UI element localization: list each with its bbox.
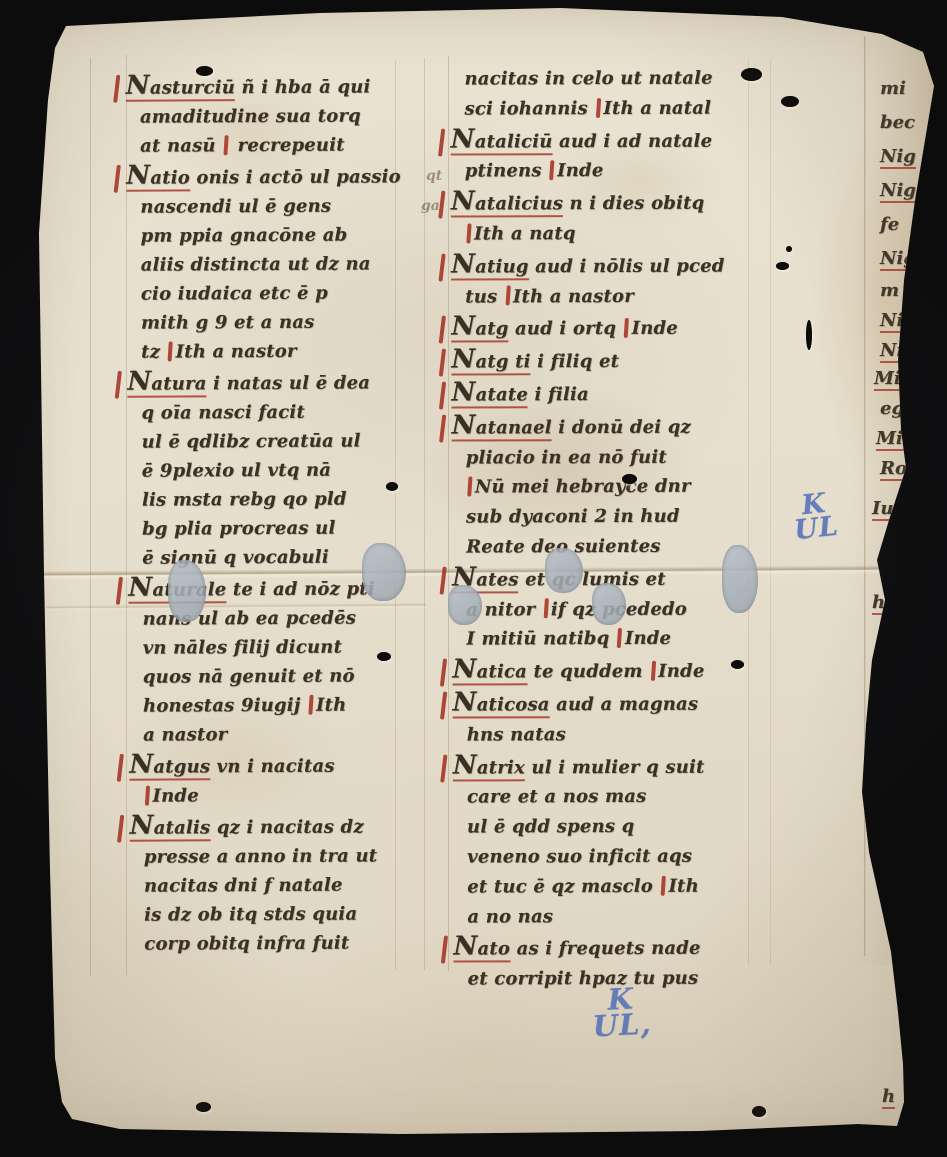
text-line: Inde: [129, 780, 409, 810]
text-line: Natg ti i filiq et: [451, 344, 771, 378]
edge-text-line: Nig: [880, 310, 916, 333]
entry-lemma: Natalicius: [451, 193, 563, 217]
wormhole: [806, 320, 812, 350]
text-line: tz Ith a nastor: [127, 336, 407, 366]
wormhole: [622, 474, 637, 484]
edge-text-line: mi: [880, 78, 906, 99]
entry-lemma: Natiug: [451, 256, 529, 280]
text-line: tus Ith a nastor: [451, 281, 771, 312]
text-line: Natgus vn i nacitas: [129, 748, 409, 781]
text-line: I mitiū natibq Inde: [452, 624, 772, 655]
text-line: Natalicius n i dies obitq: [451, 186, 771, 220]
text-line: lis msta rebg qo pld: [128, 484, 408, 514]
rubric-stroke: [549, 160, 554, 180]
text-line: Natate i filia: [451, 376, 771, 410]
text-line: a no nas: [453, 901, 773, 932]
edge-text-line: Ro: [880, 458, 907, 481]
text-line: nacitas dni f natale: [130, 870, 410, 900]
text-line: q oīa nasci facit: [127, 397, 407, 427]
wormhole: [386, 482, 398, 491]
entry-lemma: Natg ti: [451, 351, 530, 375]
edge-text-line: h: [874, 682, 887, 705]
margin-mark: qt: [426, 168, 442, 184]
wormhole: [741, 68, 762, 81]
entry-lemma: Nato: [453, 939, 510, 963]
wormhole: [196, 66, 213, 76]
text-line: Natica te quddem Inde: [452, 654, 772, 688]
text-line: is dz ob itq stds quia: [130, 899, 410, 929]
entry-lemma: Natrix: [453, 757, 525, 781]
text-line: veneno suo inficit aqs: [453, 841, 773, 872]
text-line: Natrix ul i mulier q suit: [453, 749, 773, 783]
edge-text-line: Iun: [872, 498, 907, 521]
ruling-line: [424, 58, 425, 970]
text-line: Natg aud i ortq Inde: [451, 311, 771, 345]
ruling-line: [90, 58, 91, 976]
wormhole: [752, 1106, 766, 1117]
text-column-right: nacitas in celo ut natalesci iohannis It…: [450, 63, 773, 994]
text-line: cio iudaica etc ē p: [127, 278, 407, 308]
rubric-stroke: [308, 695, 313, 715]
repair-patch: [592, 583, 626, 625]
edge-text-line: h: [872, 592, 885, 615]
text-line: Ith a natq: [451, 218, 771, 249]
rubric-stroke: [661, 875, 666, 895]
edge-text-line: h: [878, 838, 891, 861]
text-line: aliis distincta ut dz na: [127, 249, 407, 279]
text-line: ul ē qdd spens q: [453, 812, 773, 843]
text-line: bg plia procreas ul: [128, 513, 408, 543]
entry-lemma: Natgus: [129, 756, 210, 780]
entry-lemma: Natate: [451, 384, 528, 408]
text-line: ptinens Inde: [451, 156, 771, 187]
rubric-stroke: [650, 661, 655, 681]
text-line: Natio onis i actō ul passio: [126, 159, 406, 192]
text-line: sub dyaconi 2 in hud: [452, 502, 772, 533]
text-line: sci iohannis Ith a natal: [450, 93, 770, 124]
text-line: Natanael i donū dei qz: [452, 409, 772, 443]
rubric-stroke: [168, 341, 173, 361]
edge-text-line: bec: [880, 112, 915, 133]
edge-text-line: Mil: [876, 428, 910, 451]
wormhole: [377, 652, 391, 661]
entry-lemma: Natalis: [130, 817, 211, 841]
text-line: care et a nos mas: [453, 782, 773, 813]
edge-text-line: Nig: [880, 340, 916, 363]
edge-text-line: Nig: [880, 146, 916, 169]
library-stamp-kul-edge: K UL: [791, 492, 840, 543]
stamp-text: UL,: [592, 1012, 652, 1039]
text-line: vn nāles filij dicunt: [129, 632, 409, 662]
text-line: pm ppia gnacōne ab: [126, 220, 406, 250]
rubric-stroke: [145, 785, 150, 805]
text-line: Natalis qz i nacitas dz: [130, 809, 410, 842]
repair-patch: [545, 548, 583, 593]
repair-patch: [722, 545, 758, 613]
rubric-stroke: [467, 477, 472, 497]
text-line: ul ē qdlibz creatūa ul: [128, 426, 408, 456]
text-line: presse a anno in tra ut: [130, 841, 410, 871]
entry-lemma: Naticosa: [453, 694, 550, 718]
entry-lemma: Nataliciū: [451, 131, 553, 155]
stamp-text: UL: [793, 516, 840, 543]
rubric-stroke: [466, 223, 471, 243]
wormhole: [731, 660, 744, 669]
repair-patch: [168, 560, 206, 622]
text-line: nacitas in celo ut natale: [450, 63, 770, 94]
repair-patch: [362, 543, 406, 601]
text-line: amaditudine sua torq: [126, 101, 406, 131]
text-line: Natura i natas ul ē dea: [127, 365, 407, 398]
text-line: honestas 9iugij Ith: [129, 690, 409, 720]
text-line: Nasturciū ñ i hba ā qui: [126, 69, 406, 102]
text-line: nascendi ul ē gens: [126, 191, 406, 221]
text-line: Natiug aud i nōlis ul pced: [451, 248, 771, 282]
entry-lemma: Natica: [452, 661, 527, 685]
text-line: Naticosa aud a magnas: [453, 686, 773, 720]
edge-text-line: Nig: [880, 180, 916, 203]
vertical-fold-crease: [864, 36, 867, 956]
edge-text-line: Mili: [874, 368, 914, 391]
rubric-stroke: [543, 599, 548, 619]
edge-text-line: fe: [880, 214, 899, 235]
margin-mark: ga: [421, 198, 440, 214]
text-line: Nato as i frequets nade: [453, 931, 773, 965]
photo-background: Nasturciū ñ i hba ā quiamaditudine sua t…: [0, 0, 947, 1157]
entry-lemma: Natura: [127, 373, 206, 397]
entry-lemma: Natg: [451, 319, 508, 343]
edge-text-line: h: [882, 1086, 895, 1109]
text-line: hns natas: [453, 719, 773, 750]
edge-text-line: Nig: [880, 248, 916, 271]
text-line: quos nā genuit et nō: [129, 661, 409, 691]
entry-lemma: Natanael: [452, 417, 552, 441]
rubric-stroke: [505, 286, 510, 306]
ruling-line: [448, 56, 449, 971]
wormhole: [781, 96, 799, 107]
manuscript-page: Nasturciū ñ i hba ā quiamaditudine sua t…: [0, 0, 947, 1157]
text-line: et tuc ē qz masclo Ith: [453, 871, 773, 902]
rubric-stroke: [624, 318, 629, 338]
text-line: Nū mei hebrayce dnr: [452, 472, 772, 503]
repair-patch: [448, 585, 482, 625]
wormhole: [786, 246, 792, 252]
text-line: ē 9plexio ul vtq nā: [128, 455, 408, 485]
rubric-stroke: [617, 628, 622, 648]
edge-text-line: eg: [880, 398, 904, 419]
rubric-stroke: [596, 98, 601, 118]
entry-lemma: Natio: [126, 167, 190, 191]
wormhole: [776, 262, 789, 270]
edge-text-line: m: [880, 280, 899, 301]
text-line: Nataliciū aud i ad natale: [451, 123, 771, 157]
text-line: at nasū recrepeuit: [126, 130, 406, 160]
text-line: mith g 9 et a nas: [127, 307, 407, 337]
text-line: corp obitq infra fuit: [130, 928, 410, 958]
library-stamp-kul-bottom: K UL,: [591, 986, 652, 1039]
text-line: a nastor: [129, 719, 409, 749]
entry-lemma: Nasturciū: [126, 77, 235, 102]
rubric-stroke: [224, 135, 229, 155]
wormhole: [196, 1102, 211, 1112]
text-column-left: Nasturciū ñ i hba ā quiamaditudine sua t…: [126, 69, 411, 958]
text-line: pliacio in ea nō fuit: [452, 442, 772, 473]
edge-text-line: i: [880, 545, 887, 566]
